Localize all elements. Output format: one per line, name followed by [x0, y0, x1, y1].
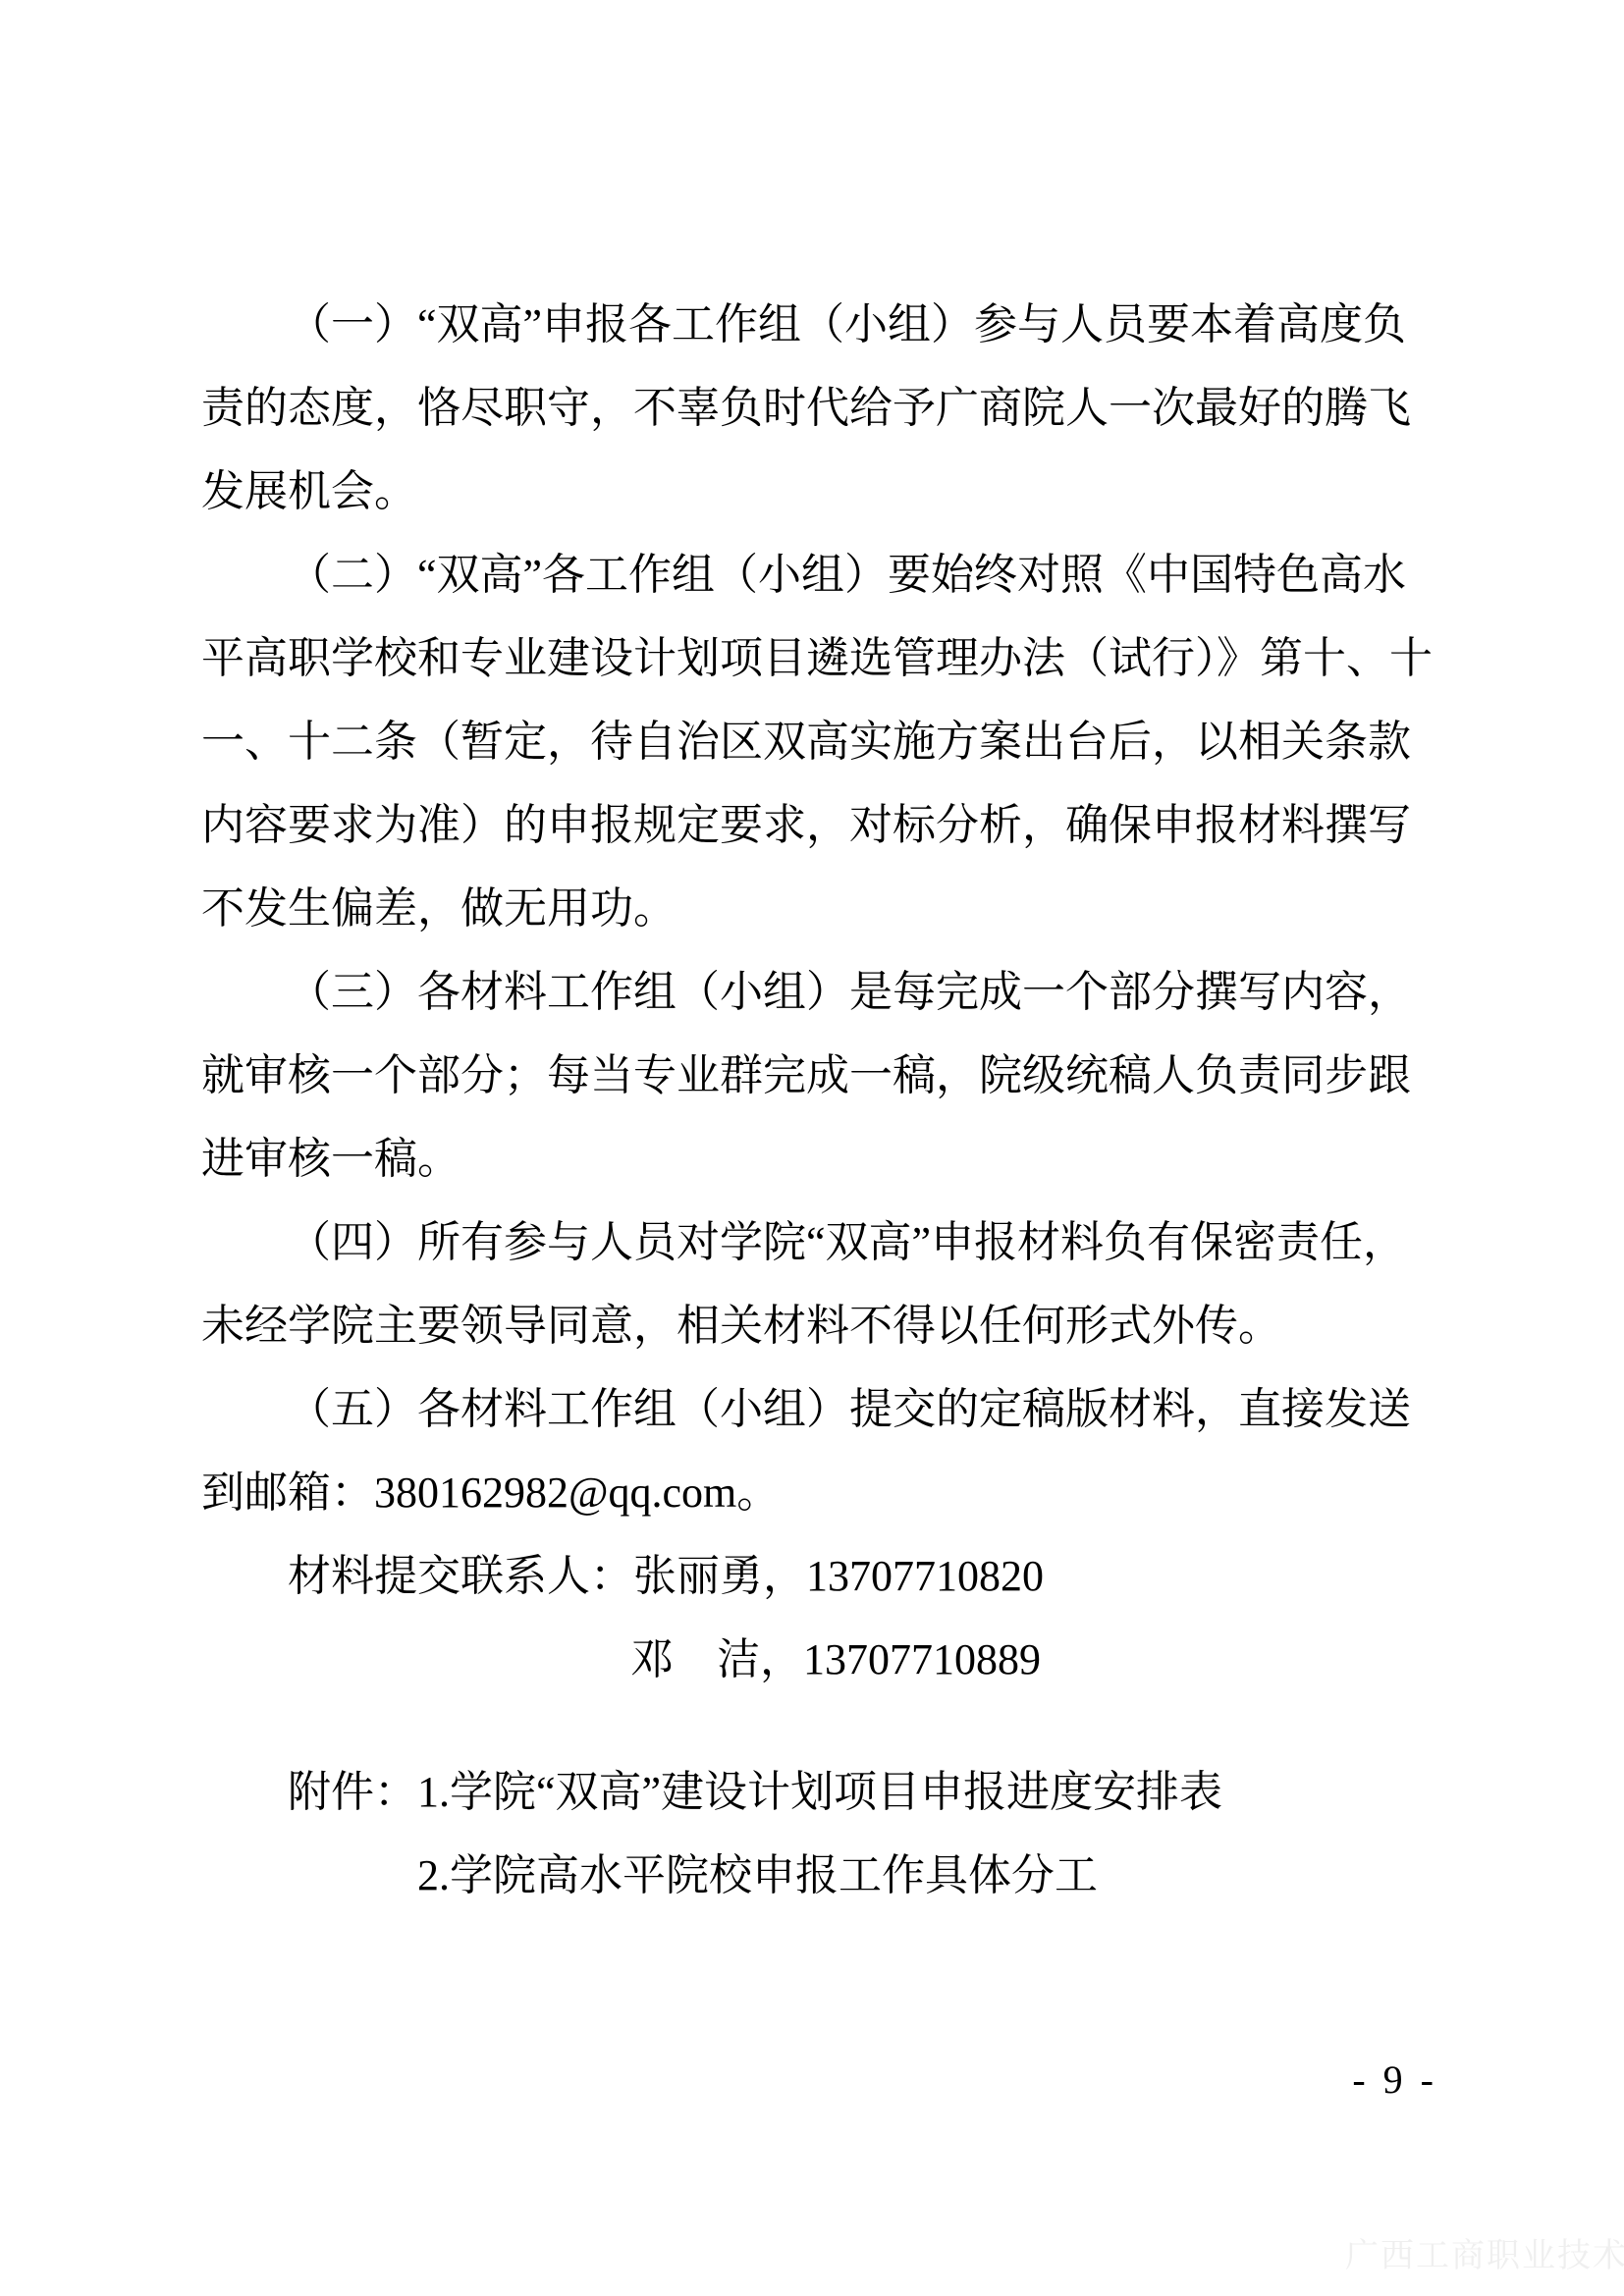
paragraph-line: （二）“双高”各工作组（小组）要始终对照《中国特色高水: [201, 533, 1438, 616]
paragraph-line: （四）所有参与人员对学院“双高”申报材料负有保密责任，: [201, 1201, 1438, 1284]
paragraph-line: 进审核一稿。: [201, 1117, 1438, 1201]
paragraph-line: 责的态度，恪尽职守，不辜负时代给予广商院人一次最好的腾飞: [201, 366, 1438, 450]
paragraph-line: 一、十二条（暂定，待自治区双高实施方案出台后，以相关条款: [201, 700, 1438, 783]
paragraph-line: 不发生偏差，做无用功。: [201, 867, 1438, 950]
body-text: （一）“双高”申报各工作组（小组）参与人员要本着高度负 责的态度，恪尽职守，不辜…: [201, 283, 1438, 1917]
attachment-line: 附件：1.学院“双高”建设计划项目申报进度安排表: [201, 1750, 1438, 1834]
paragraph-line: （一）“双高”申报各工作组（小组）参与人员要本着高度负: [201, 283, 1438, 366]
contact-line: 材料提交联系人：张丽勇，13707710820: [201, 1534, 1438, 1618]
paragraph-line: 平高职学校和专业建设计划项目遴选管理办法（试行）》第十、十: [201, 616, 1438, 700]
page-number: - 9 -: [1352, 2056, 1437, 2104]
email-line: 到邮箱：380162982@qq.com。: [201, 1451, 1438, 1534]
paragraph-line: 就审核一个部分；每当专业群完成一稿，院级统稿人负责同步跟: [201, 1034, 1438, 1117]
paragraph-line: （三）各材料工作组（小组）是每完成一个部分撰写内容，: [201, 950, 1438, 1034]
paragraph-line: 内容要求为准）的申报规定要求，对标分析，确保申报材料撰写: [201, 783, 1438, 867]
vertical-gap: [201, 1701, 1438, 1750]
document-page: （一）“双高”申报各工作组（小组）参与人员要本着高度负 责的态度，恪尽职守，不辜…: [0, 0, 1624, 2296]
paragraph-line: （五）各材料工作组（小组）提交的定稿版材料，直接发送: [201, 1367, 1438, 1451]
contact-line: 邓 洁，13707710889: [201, 1618, 1438, 1701]
paragraph-line: 发展机会。: [201, 450, 1438, 533]
paragraph-line: 未经学院主要领导同意，相关材料不得以任何形式外传。: [201, 1284, 1438, 1367]
watermark: 广西工商职业技术学院: [1345, 2228, 1624, 2276]
attachment-line: 2.学院高水平院校申报工作具体分工: [201, 1834, 1438, 1917]
